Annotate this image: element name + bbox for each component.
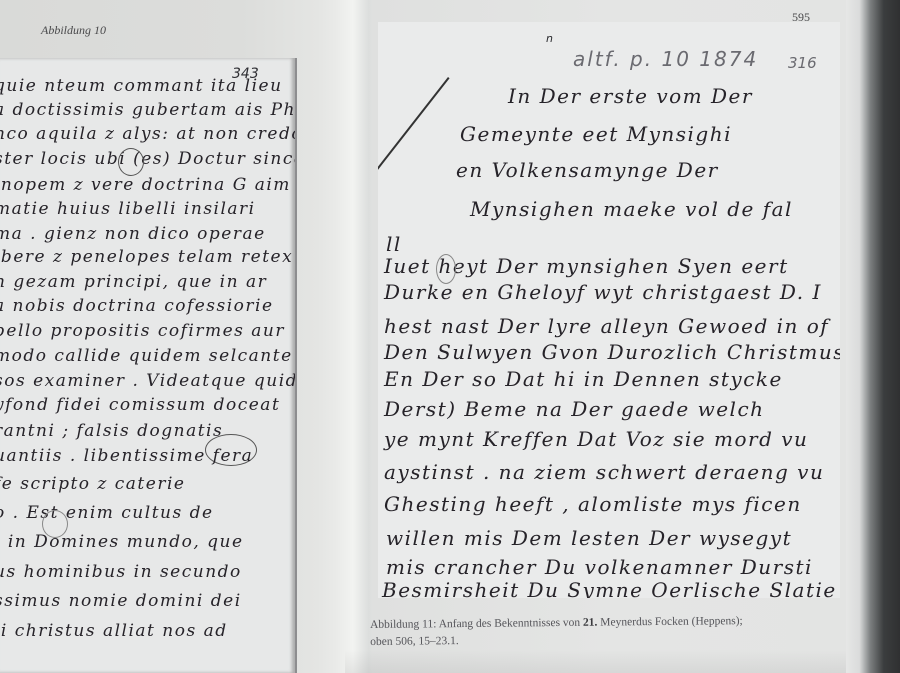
manuscript-line: us hominibus in secundo xyxy=(0,562,242,582)
manuscript-line: en Volkensamynge Der xyxy=(456,158,719,182)
manuscript-facsimile-right: n altf. p. 10 1874 316 In Der erste vom … xyxy=(378,22,840,598)
manuscript-line: quie nteum commant ita lieu xyxy=(0,76,283,96)
manuscript-line: ssimus nomie domini dei xyxy=(0,591,242,611)
manuscript-line: a nobis doctrina cofessiorie xyxy=(0,296,274,316)
figure-caption: Abbildung 11: Anfang des Bekenntnisses v… xyxy=(370,612,850,651)
manuscript-line: inopem z vere doctrina G aim xyxy=(0,175,291,195)
caption-suffix: Meynerdus Focken (Heppens); xyxy=(597,615,742,629)
manuscript-line: In Der erste vom Der xyxy=(508,84,753,108)
manuscript-line: ster locis ubi (es) Doctur sincere xyxy=(0,149,297,169)
manuscript-line: Mynsighen maeke vol de fal xyxy=(470,197,793,221)
left-page: Abbildung 10 343 quie nteum commant ita … xyxy=(0,0,345,673)
archive-note: altf. p. 10 1874 xyxy=(573,47,758,71)
caption-number: 21. xyxy=(583,617,597,629)
manuscript-line: ll xyxy=(386,232,402,256)
manuscript-line: Gemeynte eet Mynsighi xyxy=(460,122,732,146)
manuscript-line: ye mynt Kreffen Dat Voz sie mord vu xyxy=(384,427,808,451)
manuscript-line: n gezam principi, que in ar xyxy=(0,272,267,292)
manuscript-line: Derst) Beme na Der gaede welch xyxy=(384,397,765,421)
running-head: Abbildung 10 xyxy=(41,23,106,38)
manuscript-line: a doctissimis gubertam ais Phily xyxy=(0,100,297,120)
manuscript-line: Ghesting heeft , alomliste mys ficen xyxy=(384,492,802,516)
manuscript-line: li christus alliat nos ad xyxy=(0,621,228,641)
manuscript-line: En Der so Dat hi in Dennen stycke xyxy=(384,367,783,391)
initial-flourish xyxy=(378,77,450,181)
manuscript-line: Besmirsheit Du Symne Oerlische Slatie xyxy=(382,578,837,598)
manuscript-line: Den Sulwyen Gvon Durozlich Christmus xyxy=(384,340,840,364)
open-book: Abbildung 10 343 quie nteum commant ita … xyxy=(0,0,900,673)
manuscript-line: sos examiner . Videatque quid xyxy=(0,371,297,391)
manuscript-line: nco aquila z alys: at non credo xyxy=(0,124,297,144)
manuscript-line: willen mis Dem lesten Der wysegyt xyxy=(386,526,792,550)
manuscript-line: ma . gienz non dico operae xyxy=(0,224,266,244)
circle-annotation xyxy=(118,148,144,176)
manuscript-line: o . Est enim cultus de xyxy=(0,503,214,523)
manuscript-line: i in Domines mundo, que xyxy=(0,532,244,552)
manuscript-line: Durke en Gheloyf wyt christgaest D. I xyxy=(384,280,822,304)
mark: n xyxy=(546,32,553,45)
manuscript-line: fe scripto z caterie xyxy=(0,474,185,494)
manuscript-line: matie huius libelli insilari xyxy=(0,199,256,219)
manuscript-line: uantiis . libentissime fera xyxy=(0,446,253,466)
page-edge-shadow xyxy=(846,0,900,673)
manuscript-line: hest nast Der lyre alleyn Gewoed in of xyxy=(384,314,829,338)
manuscript-line: rantni ; falsis dognatis xyxy=(0,421,223,441)
manuscript-line: modo callide quidem selcante xyxy=(0,346,293,366)
manuscript-line: bello propositis cofirmes aur xyxy=(0,321,285,341)
manuscript-line: yfond fidei comissum doceat xyxy=(0,395,280,415)
manuscript-facsimile-left: 343 quie nteum commant ita lieu a doctis… xyxy=(0,58,297,673)
folio-number: 316 xyxy=(788,54,817,72)
caption-reference: oben 506, 15–23.1. xyxy=(370,635,459,648)
page-shadow xyxy=(345,650,850,673)
manuscript-line: ibere z penelopes telam retex xyxy=(0,247,293,267)
manuscript-line: mis crancher Du volkenamner Dursti xyxy=(386,555,813,579)
caption-prefix: Abbildung 11: Anfang des Bekenntnisses v… xyxy=(370,617,583,631)
manuscript-line: aystinst . na ziem schwert deraeng vu xyxy=(384,460,824,484)
